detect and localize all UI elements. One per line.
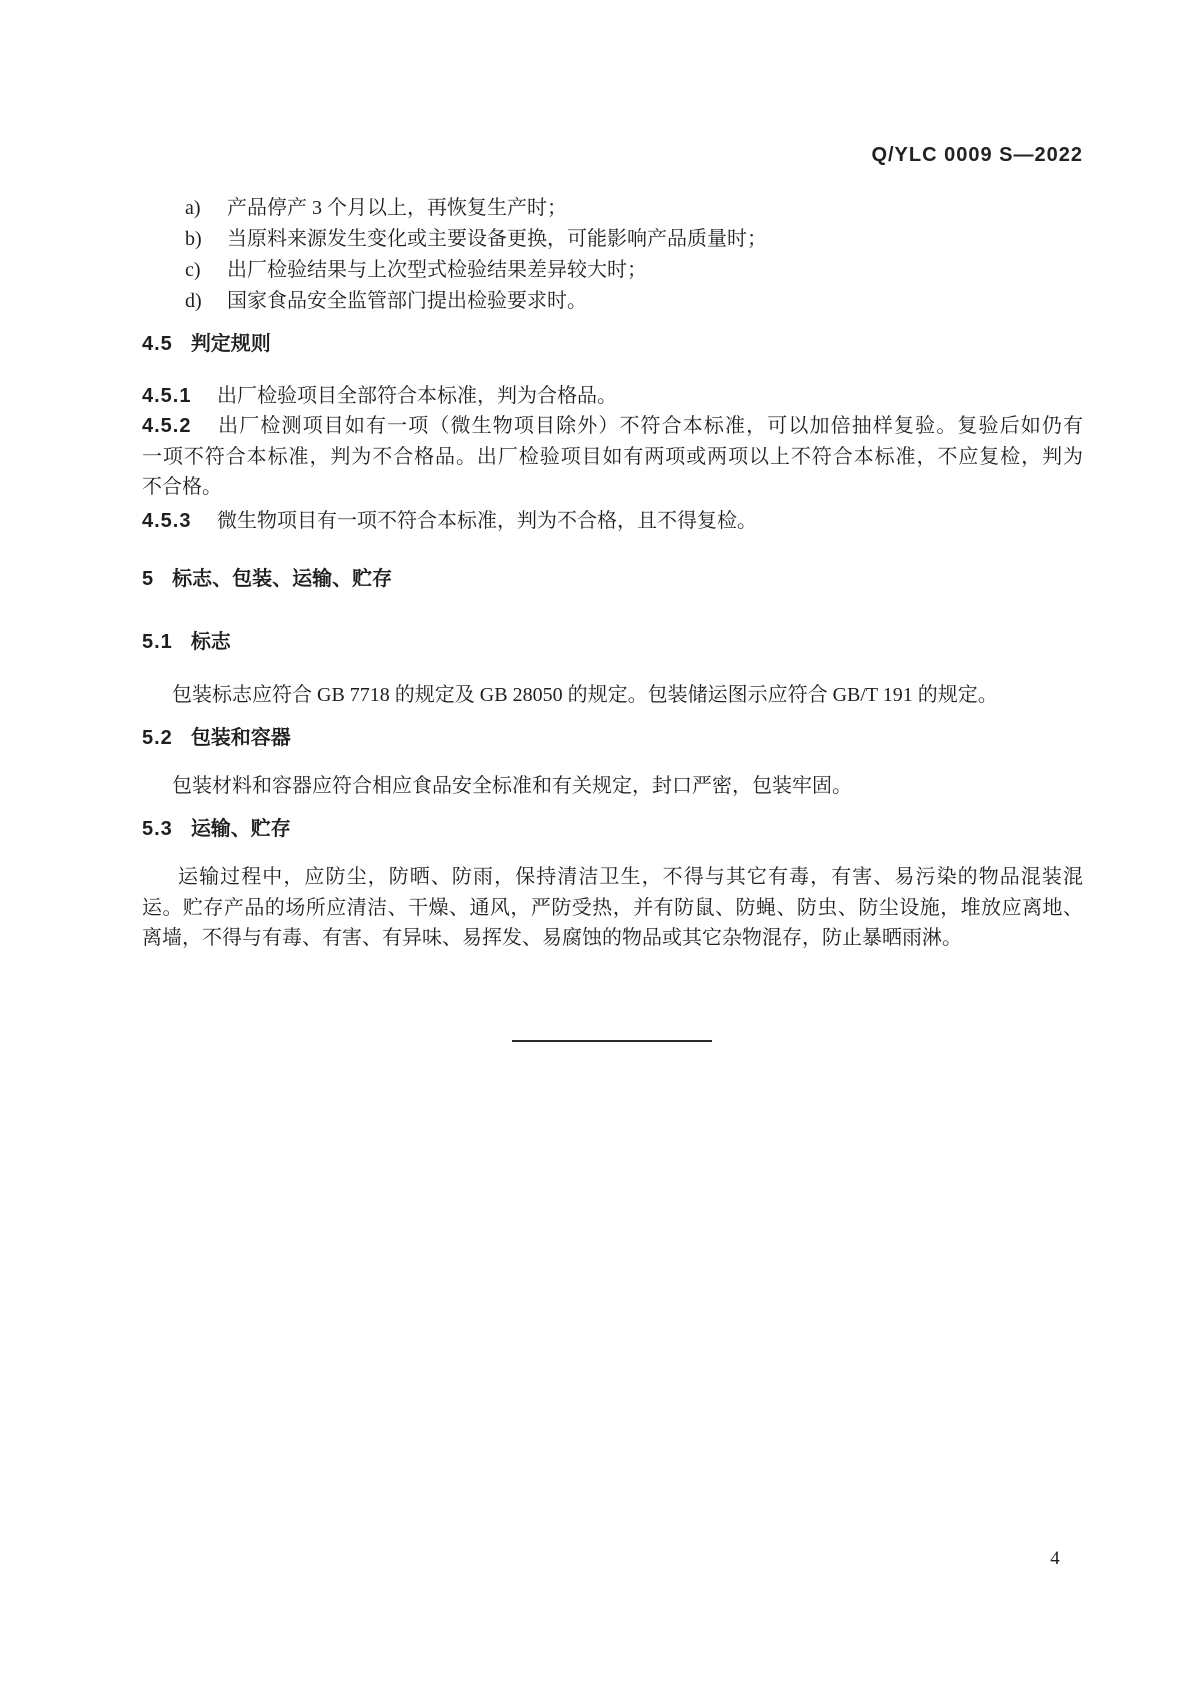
chapter-number: 5 [142, 566, 154, 592]
clause-4-5-1: 4.5.1出厂检验项目全部符合本标准，判为合格品。 [142, 381, 1083, 412]
list-item: a)产品停产 3 个月以上，再恢复生产时； [142, 193, 1083, 224]
clause-number: 4.5.3 [142, 506, 217, 537]
paragraph-text: 包装材料和容器应符合相应食品安全标准和有关规定，封口严密，包装牢固。 [142, 771, 1083, 802]
clause-number: 4.5.2 [142, 411, 217, 442]
clause-4-5-3: 4.5.3微生物项目有一项不符合本标准，判为不合格，且不得复检。 [142, 506, 1083, 537]
section-title: 判定规则 [191, 333, 271, 355]
list-item: d)国家食品安全监管部门提出检验要求时。 [142, 286, 1083, 317]
paragraph-line: 运。贮存产品的场所应清洁、干燥、通风，严防受热，并有防鼠、防蝇、防虫、防尘设施，… [142, 893, 1083, 924]
list-item-text: 出厂检验结果与上次型式检验结果差异较大时； [227, 259, 647, 281]
list-item-text: 国家食品安全监管部门提出检验要求时。 [227, 290, 587, 312]
clause-4-5-2: 4.5.2出厂检测项目如有一项（微生物项目除外）不符合本标准，可以加倍抽样复验。… [142, 411, 1083, 503]
paragraph-5-2: 包装材料和容器应符合相应食品安全标准和有关规定，封口严密，包装牢固。 [142, 771, 1083, 802]
list-item-label: c) [185, 255, 227, 286]
section-heading-5-1: 5.1标志 [142, 629, 1083, 655]
page-number: 4 [1040, 1548, 1070, 1570]
clause-text-line: 出厂检测项目如有一项（微生物项目除外）不符合本标准，可以加倍抽样复验。复验后如仍… [217, 415, 1083, 437]
chapter-heading-5: 5标志、包装、运输、贮存 [142, 566, 1083, 592]
paragraph-5-3: 运输过程中，应防尘，防晒、防雨，保持清洁卫生，不得与其它有毒，有害、易污染的物品… [142, 862, 1083, 954]
list-item-text: 当原料来源发生变化或主要设备更换，可能影响产品质量时； [227, 228, 767, 250]
paragraph-line: 运输过程中，应防尘，防晒、防雨，保持清洁卫生，不得与其它有毒，有害、易污染的物品… [142, 862, 1083, 893]
list-item-label: b) [185, 224, 227, 255]
section-number: 4.5 [142, 331, 173, 357]
clause-number: 4.5.1 [142, 381, 217, 412]
section-title: 运输、贮存 [191, 818, 291, 840]
section-number: 5.2 [142, 725, 173, 751]
condition-list: a)产品停产 3 个月以上，再恢复生产时； b)当原料来源发生变化或主要设备更换… [142, 193, 1083, 317]
list-item-label: a) [185, 193, 227, 224]
paragraph-text: 包装标志应符合 GB 7718 的规定及 GB 28050 的规定。包装储运图示… [142, 680, 1083, 711]
section-title: 标志 [191, 631, 231, 653]
section-title: 包装和容器 [191, 727, 291, 749]
section-heading-4-5: 4.5判定规则 [142, 331, 1083, 357]
section-number: 5.1 [142, 629, 173, 655]
chapter-title: 标志、包装、运输、贮存 [172, 568, 392, 590]
section-heading-5-2: 5.2包装和容器 [142, 725, 1083, 751]
paragraph-line: 离墙，不得与有毒、有害、有异味、易挥发、易腐蚀的物品或其它杂物混存，防止暴晒雨淋… [142, 923, 1083, 954]
paragraph-5-1: 包装标志应符合 GB 7718 的规定及 GB 28050 的规定。包装储运图示… [142, 680, 1083, 711]
clause-text-line: 一项不符合本标准，判为不合格品。出厂检验项目如有两项或两项以上不符合本标准，不应… [142, 442, 1083, 473]
list-item: b)当原料来源发生变化或主要设备更换，可能影响产品质量时； [142, 224, 1083, 255]
clause-text: 微生物项目有一项不符合本标准，判为不合格，且不得复检。 [217, 510, 757, 532]
document-page: Q/YLC 0009 S—2022 a)产品停产 3 个月以上，再恢复生产时； … [0, 0, 1191, 1684]
section-number: 5.3 [142, 816, 173, 842]
list-item-text: 产品停产 3 个月以上，再恢复生产时； [227, 197, 567, 219]
list-item-label: d) [185, 286, 227, 317]
clause-text: 出厂检验项目全部符合本标准，判为合格品。 [217, 385, 617, 407]
section-heading-5-3: 5.3运输、贮存 [142, 816, 1083, 842]
doc-code-header: Q/YLC 0009 S—2022 [142, 144, 1083, 167]
section-divider [512, 1040, 712, 1042]
clause-text-line: 不合格。 [142, 472, 1083, 503]
list-item: c)出厂检验结果与上次型式检验结果差异较大时； [142, 255, 1083, 286]
